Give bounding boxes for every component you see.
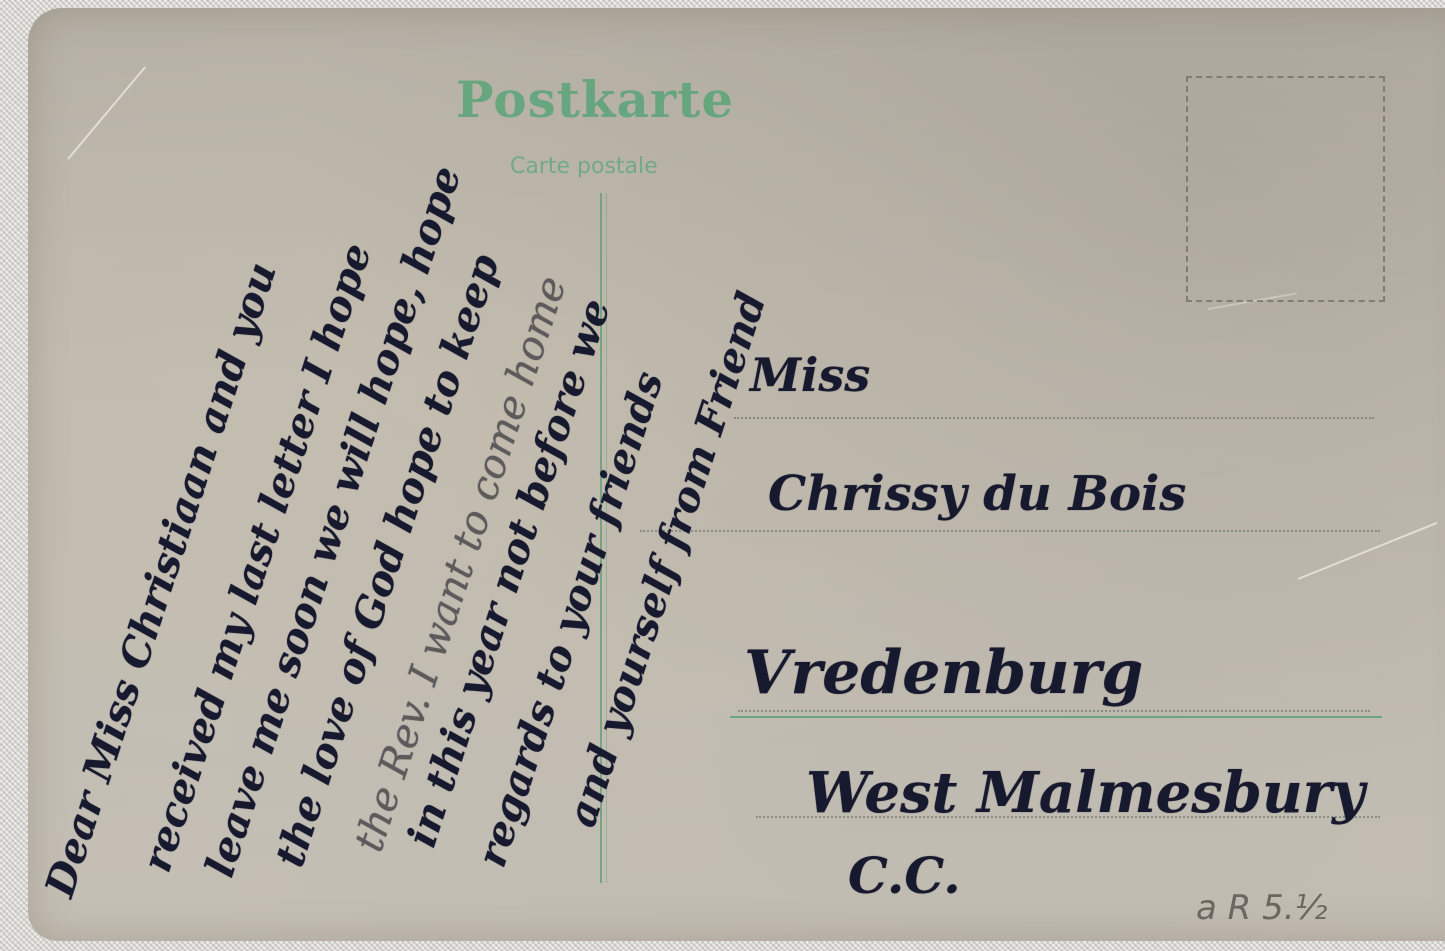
postcard: Postkarte Carte postale Dear Miss Christ… — [28, 8, 1445, 941]
address-guide-line — [640, 530, 1380, 532]
address-guide-line — [734, 417, 1374, 419]
address-underline — [730, 716, 1382, 718]
address-line-1: Miss — [750, 348, 870, 402]
printed-header-title: Postkarte — [456, 70, 734, 129]
stamp-box — [1186, 76, 1385, 302]
address-line-3: Vredenburg — [744, 638, 1143, 708]
address-line-2: Chrissy du Bois — [768, 466, 1186, 522]
crease — [67, 66, 146, 159]
pencil-price-note: a R 5.½ — [1196, 888, 1327, 928]
address-line-5: C.C. — [848, 846, 961, 905]
address-guide-line — [738, 710, 1370, 712]
printed-header-subtitle: Carte postale — [510, 154, 658, 179]
address-line-4: West Malmesbury — [806, 760, 1365, 826]
